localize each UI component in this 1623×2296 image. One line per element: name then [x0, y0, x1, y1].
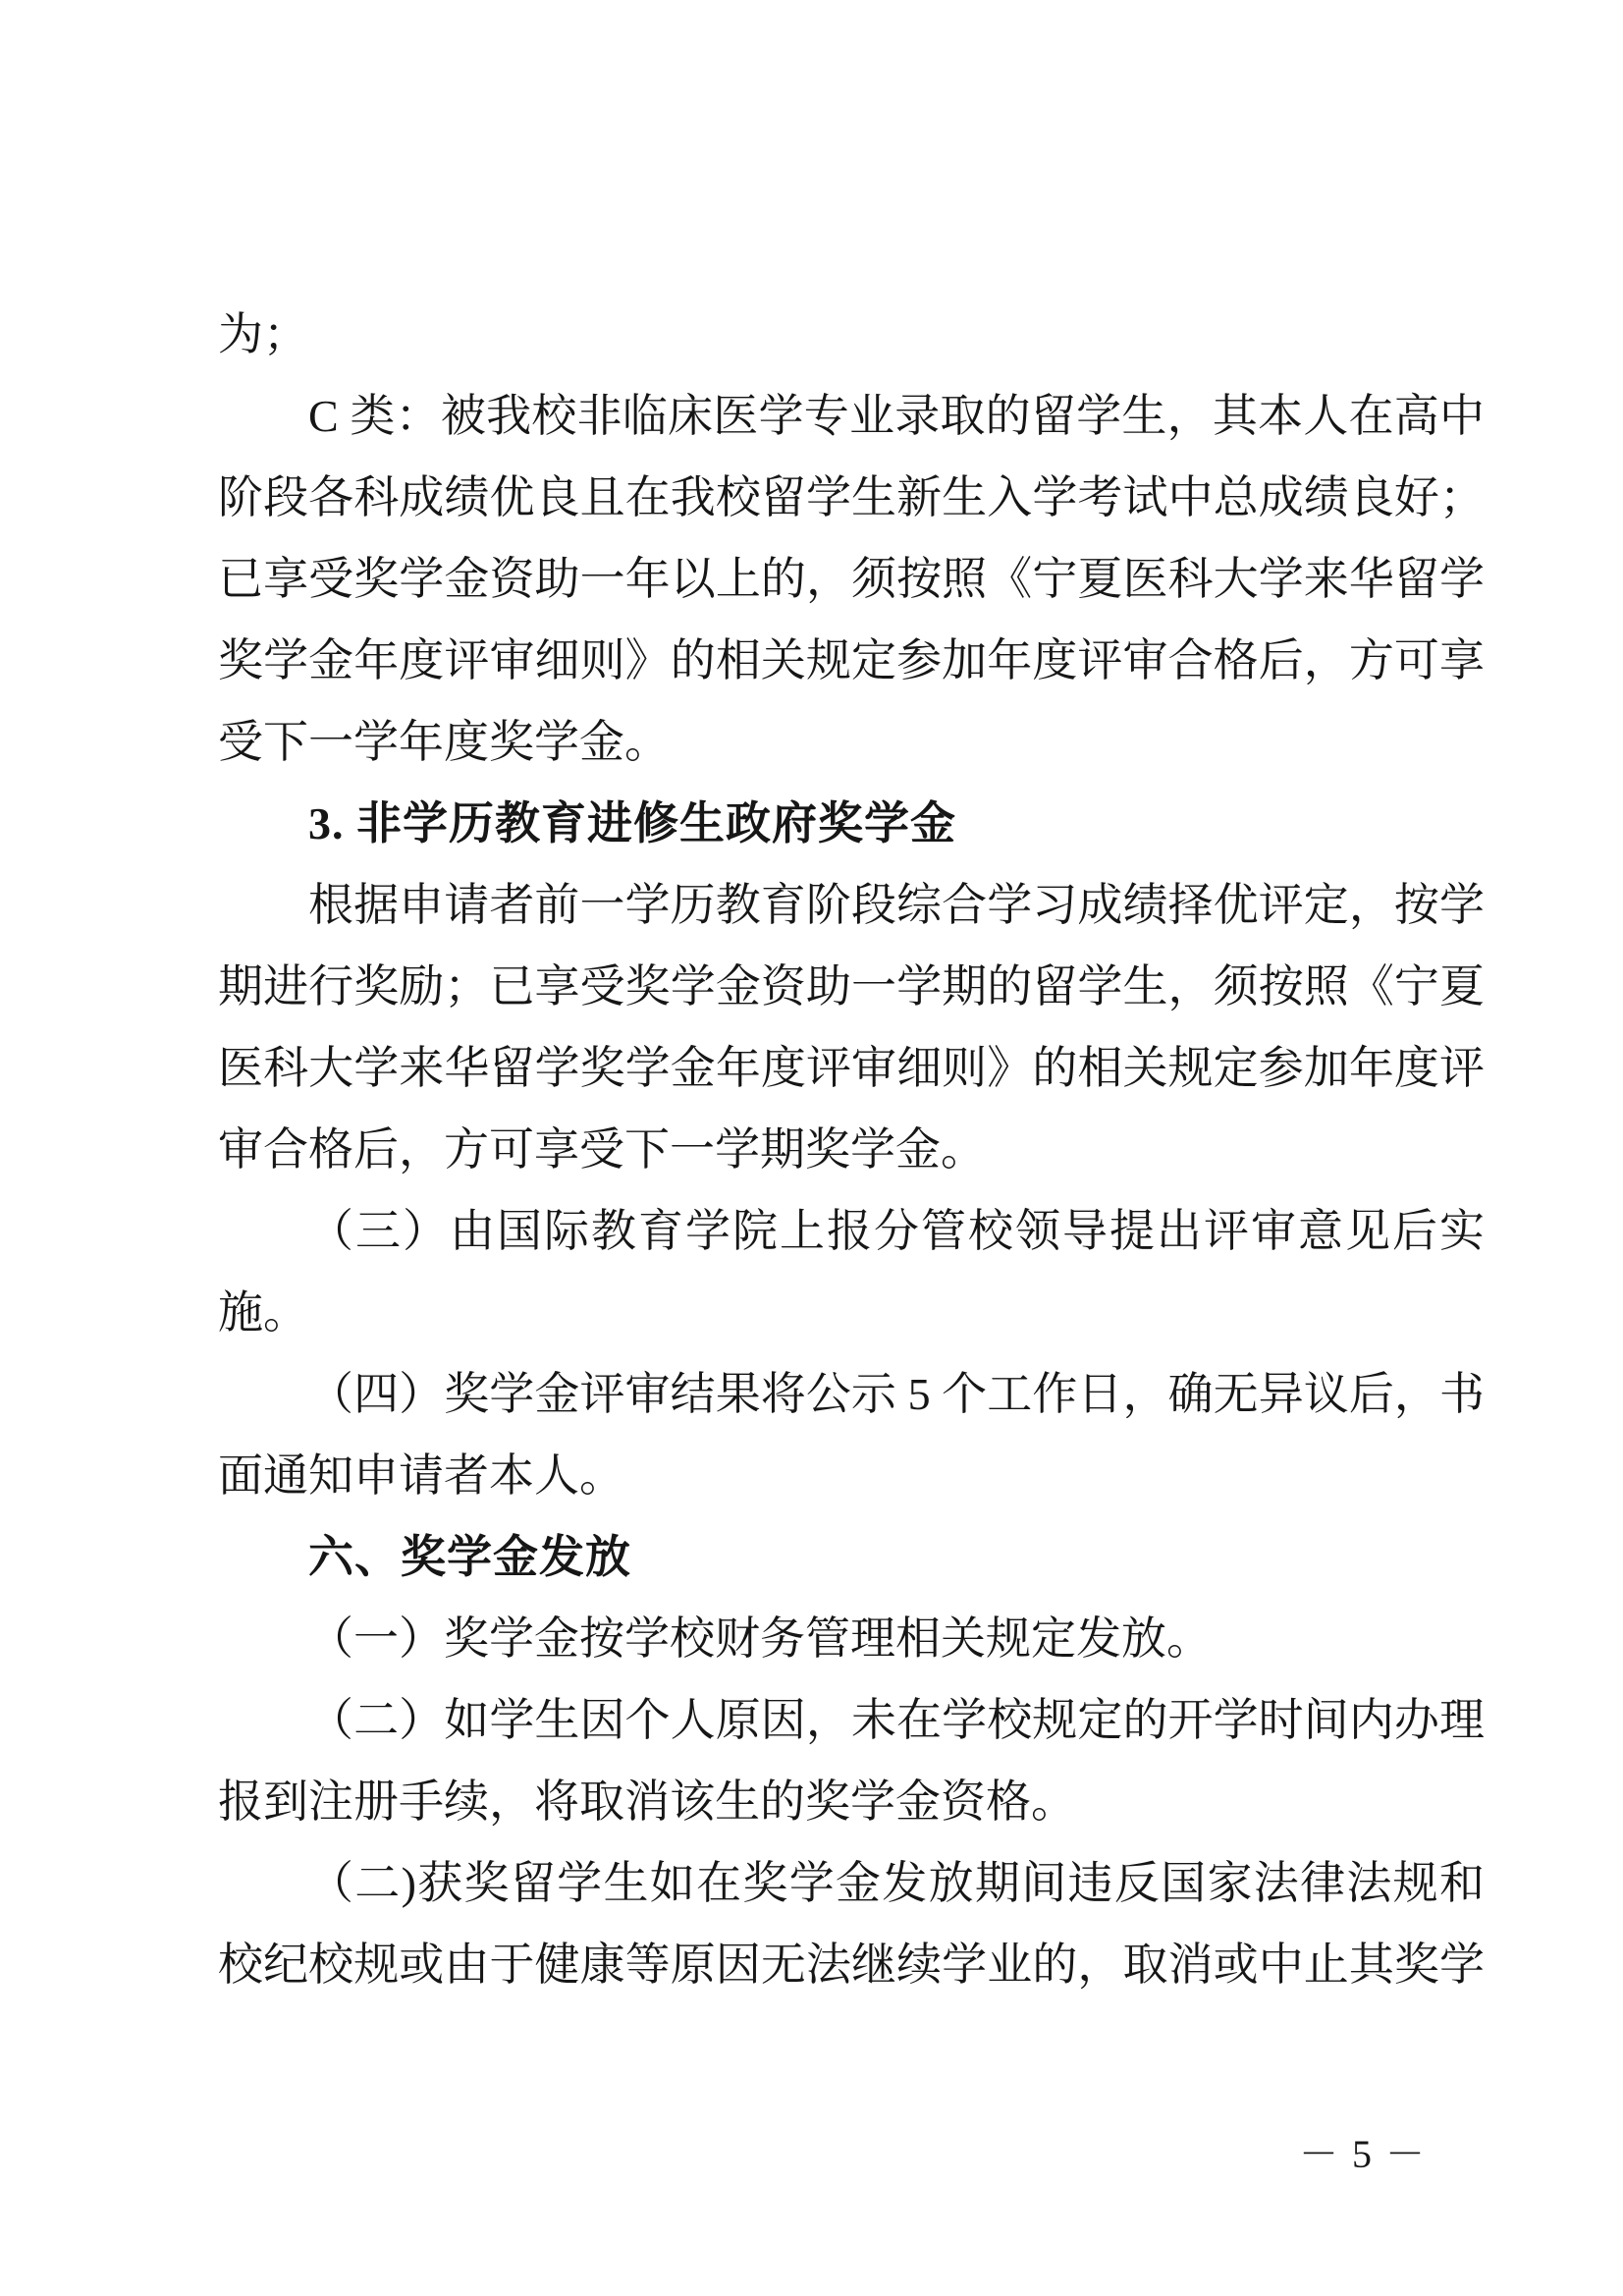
text-line: 面通知申请者本人。 — [218, 1435, 1485, 1516]
text-line: 阶段各科成绩优良且在我校留学生新生入学考试中总成绩良好； — [218, 457, 1485, 538]
text-line: 奖学金年度评审细则》的相关规定参加年度评审合格后，方可享 — [218, 620, 1485, 701]
text-line: （二）如学生因个人原因，未在学校规定的开学时间内办理 — [218, 1679, 1485, 1761]
text-line: 为； — [218, 294, 1485, 375]
text-line: C 类：被我校非临床医学专业录取的留学生，其本人在高中 — [218, 375, 1485, 457]
text-line: （四）奖学金评审结果将公示 5 个工作日，确无异议后，书 — [218, 1353, 1485, 1435]
text-line: 校纪校规或由于健康等原因无法继续学业的，取消或中止其奖学 — [218, 1924, 1485, 2005]
page-number: － 5 － — [1299, 2113, 1427, 2195]
text-line: 报到注册手续，将取消该生的奖学金资格。 — [218, 1761, 1485, 1842]
text-line: 医科大学来华留学奖学金年度评审细则》的相关规定参加年度评 — [218, 1027, 1485, 1109]
text-line: （二)获奖留学生如在奖学金发放期间违反国家法律法规和 — [218, 1842, 1485, 1924]
text-line: 受下一学年度奖学金。 — [218, 701, 1485, 783]
text-line: 审合格后，方可享受下一学期奖学金。 — [218, 1109, 1485, 1190]
document-page: 为；C 类：被我校非临床医学专业录取的留学生，其本人在高中阶段各科成绩优良且在我… — [0, 0, 1623, 2296]
text-line: 已享受奖学金资助一年以上的，须按照《宁夏医科大学来华留学 — [218, 538, 1485, 620]
text-line: 施。 — [218, 1272, 1485, 1353]
heading-line: 3. 非学历教育进修生政府奖学金 — [218, 783, 1485, 864]
text-line: （一）奖学金按学校财务管理相关规定发放。 — [218, 1598, 1485, 1679]
text-line: （三）由国际教育学院上报分管校领导提出评审意见后实 — [218, 1190, 1485, 1272]
text-line: 根据申请者前一学历教育阶段综合学习成绩择优评定，按学 — [218, 864, 1485, 946]
heading-line: 六、奖学金发放 — [218, 1516, 1485, 1598]
document-content: 为；C 类：被我校非临床医学专业录取的留学生，其本人在高中阶段各科成绩优良且在我… — [218, 294, 1485, 2005]
text-line: 期进行奖励；已享受奖学金资助一学期的留学生，须按照《宁夏 — [218, 946, 1485, 1027]
